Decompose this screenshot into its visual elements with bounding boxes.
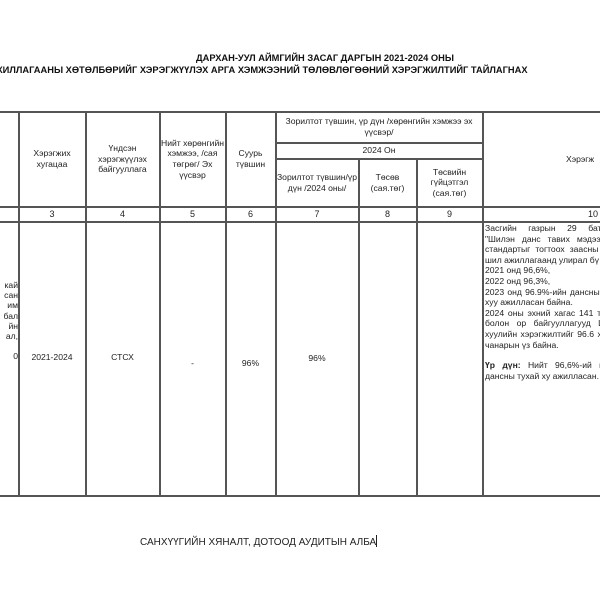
cell-duration: 2021-2024 xyxy=(19,350,85,364)
fragment-line: йн xyxy=(3,321,18,331)
fragment-line: 0 xyxy=(3,351,18,361)
fragment-line: кай xyxy=(3,280,18,290)
fragment-line: ал, xyxy=(3,331,18,341)
report-2024: 2024 оны эхний хагас 141 төрийн болон ор… xyxy=(485,308,600,350)
col-number: 7 xyxy=(276,207,358,221)
report-2021: 2021 онд 96,6%, xyxy=(485,265,600,276)
text-cursor xyxy=(376,535,377,547)
header-budget-execution: Төсвийн гүйцэтгэл (сая.төг) xyxy=(417,159,482,206)
header-implementation: Хэрэгж xyxy=(566,112,600,206)
report-table: Хэрэгжих хугацаа Үндсэн хэрэгжүүлэх байг… xyxy=(0,0,600,600)
report-paragraph: Засгийн газрын 29 баталсан "Шилэн данс т… xyxy=(485,223,600,265)
col-number: 10 xyxy=(583,207,600,221)
cell-implementation-report: Засгийн газрын 29 баталсан "Шилэн данс т… xyxy=(485,223,600,381)
col-number: 3 xyxy=(19,207,85,221)
fragment-line: им xyxy=(3,300,18,310)
report-2022: 2022 онд 96,3%, xyxy=(485,276,600,287)
header-duration: Хэрэгжих хугацаа xyxy=(19,112,85,206)
header-total-funds: Нийт хөрөнгийн хэмжээ, /сая төгрөг/ Эх ү… xyxy=(160,112,225,206)
cell-implementing-org: СТСХ xyxy=(86,350,159,364)
footer-text[interactable]: САНХҮҮГИЙН ХЯНАЛТ, ДОТООД АУДИТЫН АЛБА xyxy=(140,537,376,548)
fragment-line: бал xyxy=(3,311,18,321)
footer-department[interactable]: САНХҮҮГИЙН ХЯНАЛТ, ДОТООД АУДИТЫН АЛБА xyxy=(140,535,377,548)
cell-budget xyxy=(359,350,416,364)
fragment-line xyxy=(3,341,18,351)
header-target-group: Зорилтот түвшин, үр дүн /хөрөнгийн хэмжэ… xyxy=(276,112,482,142)
report-2023: 2023 онд 96.9%-ийн дансны тухай хуу ажил… xyxy=(485,287,600,308)
fragment-line: сан xyxy=(3,290,18,300)
cell-total-funds: - xyxy=(160,356,225,370)
col-number: 4 xyxy=(86,207,159,221)
col-number: 5 xyxy=(160,207,225,221)
header-baseline: Суурь түвшин xyxy=(226,112,275,206)
cell-target-level: 96% xyxy=(276,351,358,365)
col-number: 8 xyxy=(359,207,416,221)
header-implementing-org: Үндсэн хэрэгжүүлэх байгууллага xyxy=(86,112,159,206)
header-budget: Төсөв (сая.төг) xyxy=(359,159,416,206)
cell-budget-execution xyxy=(417,350,482,364)
report-result: Үр дүн: Нийт 96,6%-ий шилэн дансны тухай… xyxy=(485,360,600,381)
header-target-level: Зорилтот түвшин/үр дүн /2024 оны/ xyxy=(276,159,358,206)
table-border-bottom xyxy=(0,495,600,497)
result-label: Үр дүн: xyxy=(485,360,521,370)
col-number: 9 xyxy=(417,207,482,221)
col-number: 6 xyxy=(226,207,275,221)
row-description-fragment: кай сан им бал йн ал, 0 xyxy=(3,280,18,362)
col-divider xyxy=(482,111,484,496)
header-year-2024: 2024 Он xyxy=(276,143,482,158)
cell-baseline: 96% xyxy=(226,356,275,370)
